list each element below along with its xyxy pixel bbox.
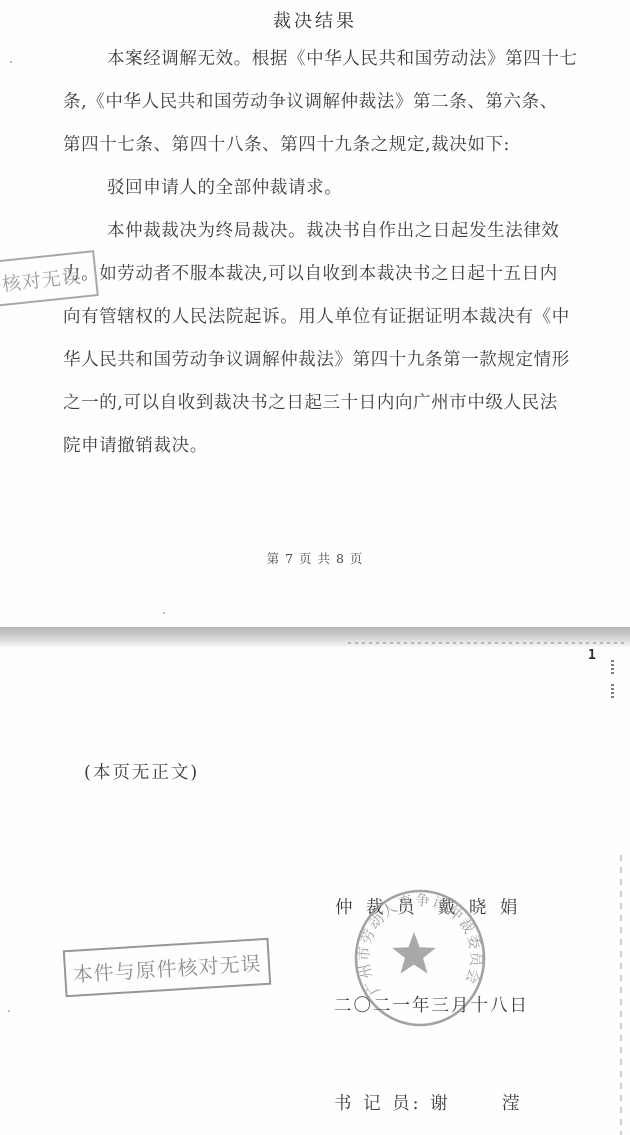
stamp-text: 本件与原件核对无误 (72, 947, 262, 987)
svg-text:广州市劳动人事争议仲裁委员会: 广州市劳动人事争议仲裁委员会 (356, 892, 485, 998)
scan-artifact-smudge (611, 684, 614, 700)
scan-artifact-mark: 1 (588, 648, 596, 663)
ruling-date-line: 二〇二一年三月十八日 (334, 992, 529, 1017)
seal-arc-text: 广州市劳动人事争议仲裁委员会 (356, 892, 485, 998)
scanned-document: 裁决结果 本案经调解无效。根据《中华人民共和国劳动法》第四十七 条,《中华人民共… (0, 0, 630, 1135)
page-8: 1 (本页无正文) 仲 裁 员 戴 晓 娟 广州市劳动人事争议仲裁委员会 二〇二… (0, 0, 630, 1135)
scan-artifact-dotted-line (348, 642, 626, 644)
no-body-text-note: (本页无正文) (84, 759, 199, 784)
copy-verification-stamp: 本件与原件核对无误 (63, 938, 271, 997)
clerk-signature-line: 书 记 员: 谢 滢 (334, 1090, 522, 1115)
scan-speck (8, 1010, 10, 1012)
scan-artifact-edge-line (620, 855, 622, 1135)
scan-artifact-smudge (611, 660, 614, 675)
star-icon (392, 932, 436, 974)
